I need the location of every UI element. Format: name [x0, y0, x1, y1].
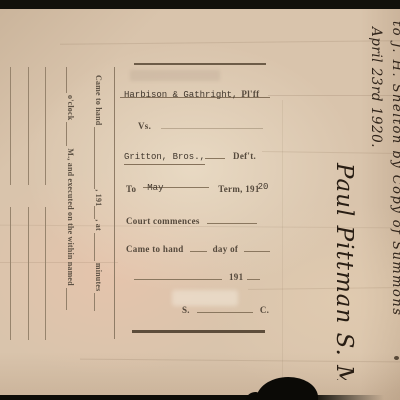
blank-line	[247, 271, 260, 280]
plaintiff-label: Pl'ff	[241, 89, 259, 99]
term-month-blank: May	[143, 179, 209, 188]
long-rule	[114, 67, 122, 339]
ink-smudge	[130, 70, 220, 81]
term-label: Term, 191	[218, 184, 259, 194]
court-commences-row: Court commences	[120, 211, 278, 229]
term-year-value: 20	[258, 182, 269, 192]
blank-line	[94, 233, 102, 261]
return-year: , 191	[94, 189, 103, 206]
handwritten-return: to J. H. Shelton by Copy of Summons Apri…	[300, 15, 400, 380]
return-minutes: minutes	[94, 263, 103, 292]
defendant-row: Gritton, Bros., Def't.	[120, 146, 276, 164]
defendant-label: Def't.	[233, 151, 256, 161]
blank-line	[94, 293, 102, 311]
sheriff-initial-label: S.	[182, 305, 190, 315]
scan-edge-top	[0, 0, 400, 9]
defendant-name: Gritton, Bros.,	[124, 152, 205, 165]
year-prefix: 191	[229, 272, 243, 282]
came-to-hand-row: Came to hand day of	[120, 239, 278, 257]
return-executed: M., and executed on the within named	[66, 148, 75, 285]
blank-line	[66, 67, 74, 93]
to-label: To	[126, 184, 136, 194]
form-top-rule	[134, 63, 266, 65]
county-initial-label: C.	[260, 305, 269, 315]
return-line-1: Came to hand , 191 , at minutes	[94, 60, 114, 345]
blank-line	[134, 271, 222, 280]
came-to-hand-label: Came to hand	[126, 244, 184, 254]
court-commences-label: Court commences	[126, 216, 200, 226]
handwriting-served-to: to J. H. Shelton by Copy of Summons	[389, 21, 400, 380]
form-bottom-rule	[132, 330, 265, 333]
blank-ruled-line	[28, 60, 45, 345]
ink-dot	[394, 356, 399, 360]
blank-line	[161, 120, 263, 129]
blank-line	[244, 243, 270, 252]
blank-line	[94, 127, 102, 189]
blank-ruled-line	[45, 60, 66, 345]
blank-line	[197, 304, 253, 313]
term-month-value: May	[147, 183, 163, 193]
day-of-label: day of	[213, 244, 239, 254]
return-line-2: o'clock M., and executed on the within n…	[66, 60, 94, 345]
return-of-service-block: Came to hand , 191 , at minutes o'clock …	[5, 60, 122, 345]
vs-label: Vs.	[138, 121, 151, 131]
summons-form: Harbison & Gathright, Pl'ff Vs. Gritton,…	[120, 58, 272, 342]
vs-row: Vs.	[120, 116, 290, 134]
blank-line	[205, 150, 225, 159]
plaintiff-row: Harbison & Gathright, Pl'ff	[120, 84, 270, 98]
return-oclock: o'clock	[66, 95, 75, 120]
return-at: , at	[94, 219, 103, 230]
blank-line	[190, 243, 207, 252]
blank-ruled-line	[10, 60, 28, 345]
handwriting-signature: Paul Pittman S. M. L.	[331, 163, 357, 380]
blank-line	[207, 215, 257, 224]
year-row: 191	[120, 267, 286, 285]
scan-edge-bottom	[0, 395, 400, 400]
return-came-to-hand: Came to hand	[94, 75, 103, 125]
blank-line	[66, 122, 74, 146]
blank-line	[94, 206, 102, 219]
handwriting-date: April 23rd 1920.	[368, 27, 384, 380]
term-row: To May Term, 19120	[120, 179, 278, 197]
blank-line	[66, 288, 74, 310]
plaintiff-name: Harbison & Gathright,	[124, 90, 237, 100]
